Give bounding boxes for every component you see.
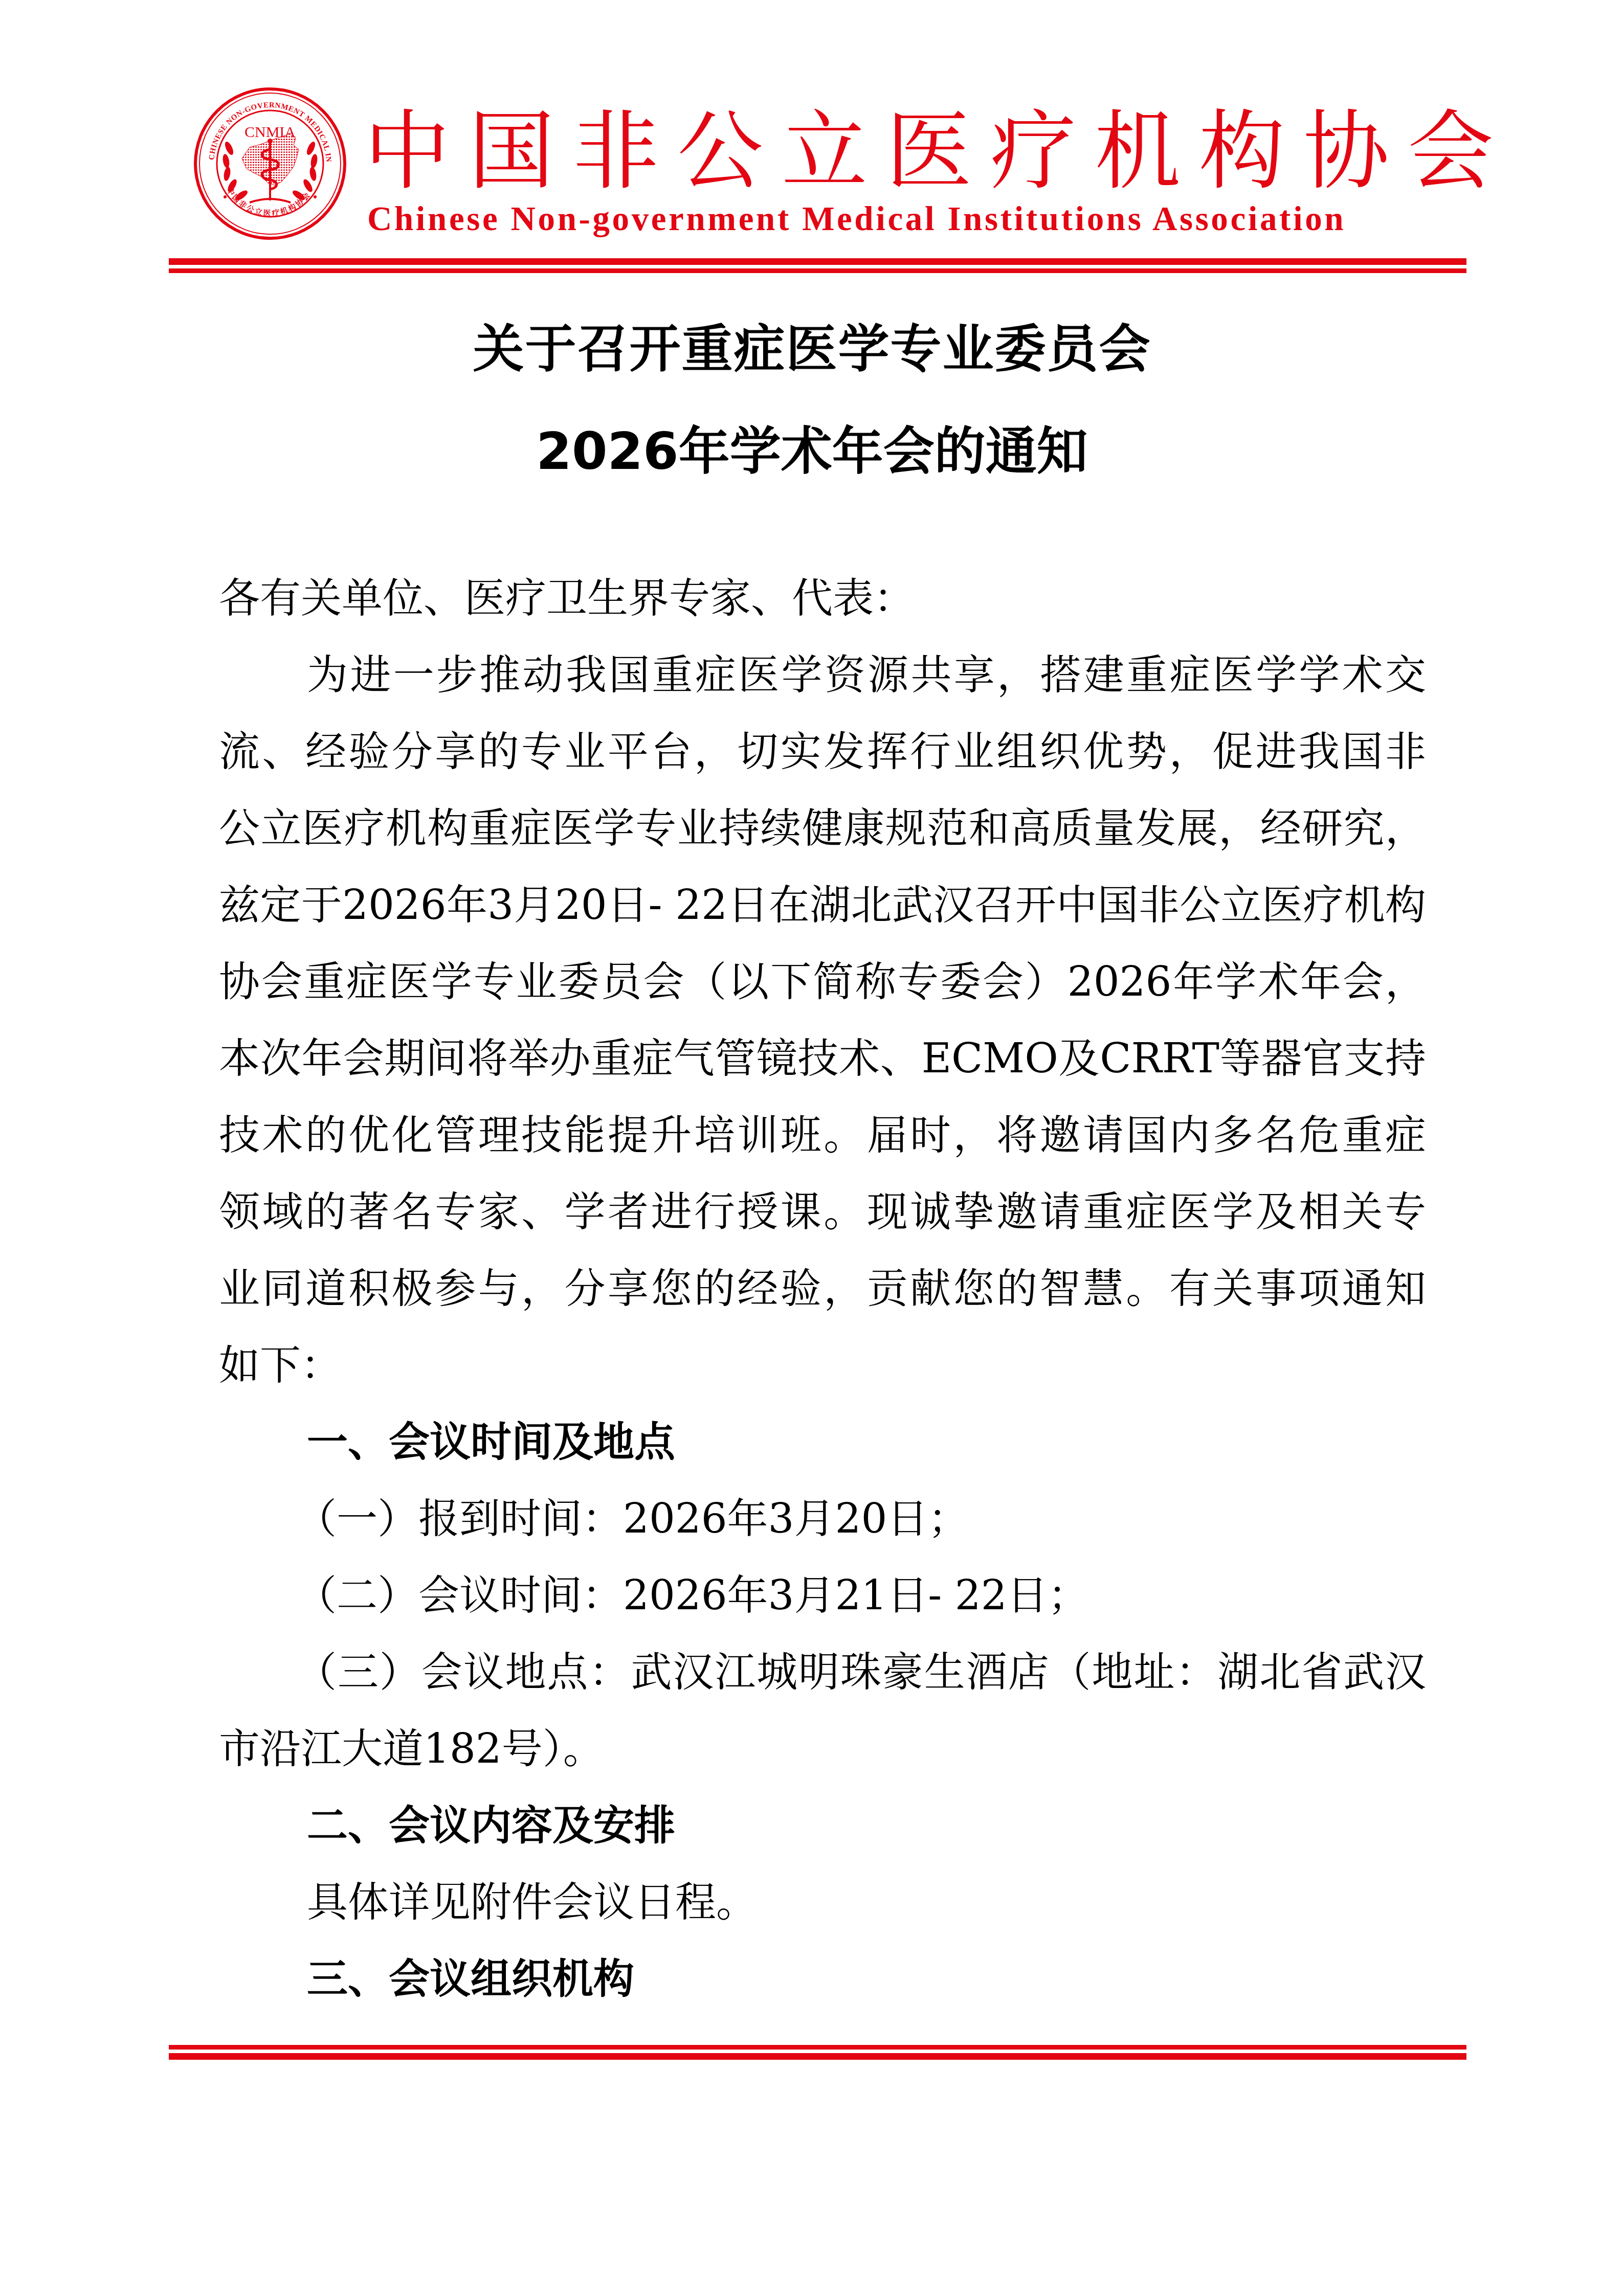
paragraph-line: 领域的著名专家、学者进行授课。现诚挚邀请重症医学及相关专 bbox=[219, 1174, 1426, 1250]
paragraph-line: 流、经验分享的专业平台，切实发挥行业组织优势，促进我国非 bbox=[219, 713, 1426, 790]
section-item: 具体详见附件会议日程。 bbox=[219, 1864, 1426, 1941]
svg-text:中国非公立医疗机构协会: 中国非公立医疗机构协会 bbox=[225, 186, 313, 218]
section-heading-3: 三、会议组织机构 bbox=[219, 1941, 1426, 2017]
paragraph-line: 业同道积极参与，分享您的经验，贡献您的智慧。有关事项通知 bbox=[219, 1250, 1426, 1327]
paragraph-line: 公立医疗机构重症医学专业持续健康规范和高质量发展，经研究， bbox=[219, 790, 1426, 867]
document-body: 各有关单位、医疗卫生界专家、代表： 为进一步推动我国重症医学资源共享，搭建重症医… bbox=[219, 560, 1426, 2017]
paragraph-line: 兹定于2026年3月20日- 22日在湖北武汉召开中国非公立医疗机构 bbox=[219, 867, 1426, 943]
section-item: （二）会议时间：2026年3月21日- 22日； bbox=[219, 1557, 1426, 1634]
header-rule-thin bbox=[169, 268, 1466, 273]
document-title-line1: 关于召开重症医学专业委员会 bbox=[0, 316, 1624, 382]
org-name-en: Chinese Non-government Medical Instituti… bbox=[367, 198, 1441, 239]
letterhead: CHINESE NON-GOVERNMENT MEDICAL INSTITUTI… bbox=[0, 0, 1624, 286]
section-item: （一）报到时间：2026年3月20日； bbox=[219, 1480, 1426, 1557]
document-title-line2: 2026年学术年会的通知 bbox=[0, 418, 1624, 485]
paragraph-line: 协会重症医学专业委员会（以下简称专委会）2026年学术年会， bbox=[219, 943, 1426, 1020]
section-item: （三）会议地点：武汉江城明珠豪生酒店（地址：湖北省武汉 bbox=[219, 1634, 1426, 1710]
footer-rule-thick bbox=[169, 2053, 1466, 2060]
paragraph-line: 如下： bbox=[219, 1327, 1426, 1404]
paragraph-line: 为进一步推动我国重症医学资源共享，搭建重症医学学术交 bbox=[219, 637, 1426, 713]
cnmia-seal-icon: CHINESE NON-GOVERNMENT MEDICAL INSTITUTI… bbox=[193, 87, 347, 240]
header-rule-thick bbox=[169, 258, 1466, 265]
section-item: 市沿江大道182号）。 bbox=[219, 1710, 1426, 1787]
footer-rule-thin bbox=[169, 2045, 1466, 2050]
paragraph-line: 本次年会期间将举办重症气管镜技术、ECMO及CRRT等器官支持 bbox=[219, 1020, 1426, 1097]
section-heading-2: 二、会议内容及安排 bbox=[219, 1787, 1426, 1864]
org-name-cn: 中国非公立医疗机构协会 bbox=[364, 100, 1443, 202]
salutation: 各有关单位、医疗卫生界专家、代表： bbox=[219, 560, 1426, 637]
section-heading-1: 一、会议时间及地点 bbox=[219, 1404, 1426, 1480]
paragraph-line: 技术的优化管理技能提升培训班。届时，将邀请国内多名危重症 bbox=[219, 1097, 1426, 1174]
